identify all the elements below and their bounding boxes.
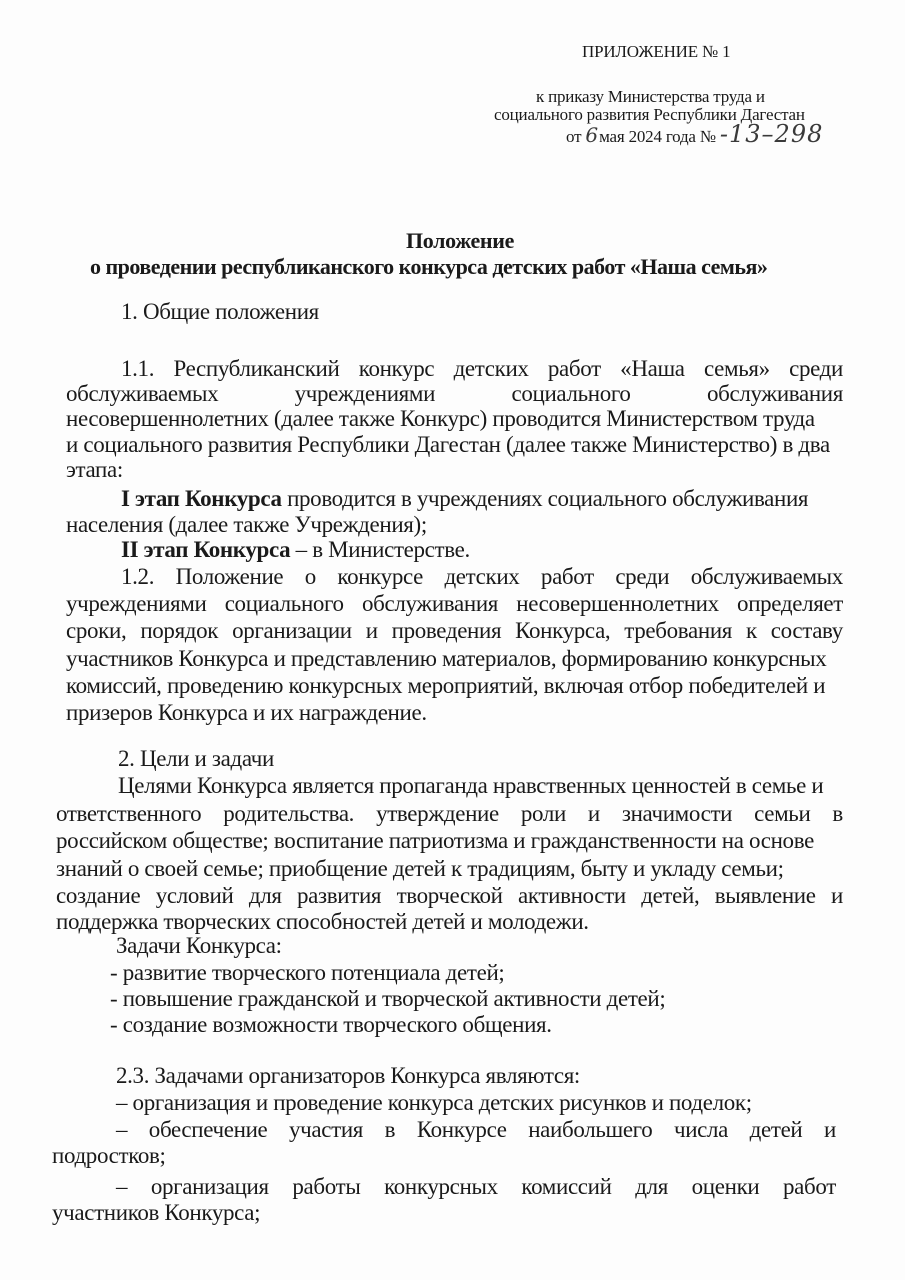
document-page: ПРИЛОЖЕНИЕ № 1 к приказу Министерства тр… bbox=[0, 0, 905, 1280]
stage-2-line: II этап Конкурса – в Министерстве. bbox=[121, 536, 470, 564]
goals-line-5: созданиеусловийдляразвитиятворческойакти… bbox=[56, 882, 843, 910]
handwritten-order-number: -13–298 bbox=[720, 120, 823, 148]
goals-line-4: знаний о своей семье; приобщение детей к… bbox=[56, 855, 784, 883]
goals-line-1: Целями Конкурса является пропаганда нрав… bbox=[118, 772, 823, 800]
paragraph-1-2-line-6: призеров Конкурса и их награждение. bbox=[66, 699, 427, 727]
paragraph-1-1-line-5: этапа: bbox=[66, 456, 123, 484]
section-1-heading: 1. Общие положения bbox=[121, 298, 319, 326]
organizer-task-2-line-2: подростков; bbox=[52, 1142, 166, 1170]
organizers-heading: 2.3. Задачами организаторов Конкурса явл… bbox=[116, 1062, 580, 1090]
paragraph-1-1-line-2: обслуживаемыхучреждениямисоциальногообсл… bbox=[66, 380, 843, 408]
organizer-task-1: – организация и проведение конкурса детс… bbox=[116, 1089, 752, 1117]
paragraph-1-2-line-4: участников Конкурса и представлению мате… bbox=[66, 645, 826, 673]
paragraph-1-1-line-4: и социального развития Республики Дагест… bbox=[66, 431, 830, 459]
paragraph-1-1-line-3: несовершеннолетних (далее также Конкурс)… bbox=[66, 405, 815, 433]
date-prefix: от bbox=[566, 127, 581, 146]
paragraph-1-2-line-2: учреждениямисоциальногообслуживаниянесов… bbox=[66, 590, 843, 618]
task-item-1: - развитие творческого потенциала детей; bbox=[110, 959, 504, 987]
stage-1-line-1: I этап Конкурса проводится в учреждениях… bbox=[121, 485, 808, 513]
organizer-task-3-line-2: участников Конкурса; bbox=[52, 1199, 260, 1227]
stage-1-label: I этап Конкурса bbox=[121, 486, 282, 511]
handwritten-day: 6 bbox=[585, 123, 599, 147]
paragraph-1-2-line-3: сроки,порядокорганизацииипроведенияКонку… bbox=[66, 617, 843, 645]
tasks-heading: Задачи Конкурса: bbox=[116, 932, 282, 960]
paragraph-1-2-line-1: 1.2.Положениеоконкурседетскихработсредио… bbox=[121, 563, 843, 591]
paragraph-1-2-line-5: комиссий, проведению конкурсных мероприя… bbox=[66, 672, 825, 700]
document-subtitle: о проведении республиканского конкурса д… bbox=[90, 253, 767, 281]
goals-line-2: ответственногородительства.утверждениеро… bbox=[56, 800, 843, 828]
task-item-2: - повышение гражданской и творческой акт… bbox=[110, 985, 665, 1013]
task-item-3: - создание возможности творческого общен… bbox=[110, 1011, 552, 1039]
goals-line-3: российском обществе; воспитание патриоти… bbox=[56, 827, 814, 855]
organizer-task-3-line-1: –организацияработыконкурсныхкомиссийдляо… bbox=[116, 1173, 836, 1201]
appendix-label: ПРИЛОЖЕНИЕ № 1 bbox=[582, 41, 730, 63]
section-2-heading: 2. Цели и задачи bbox=[118, 745, 274, 773]
document-title: Положение bbox=[0, 227, 905, 255]
stage-1-line-2: населения (далее также Учреждения); bbox=[66, 511, 427, 539]
paragraph-1-1-line-1: 1.1.Республиканскийконкурсдетскихработ«Н… bbox=[121, 355, 843, 383]
order-date-line: от 6мая 2024 года № -13–298 bbox=[566, 123, 823, 148]
organizer-task-2-line-1: –обеспечениеучастиявКонкурсенаибольшегоч… bbox=[116, 1116, 836, 1144]
date-rest: мая 2024 года № bbox=[599, 127, 716, 146]
stage-2-label: II этап Конкурса bbox=[121, 537, 290, 562]
